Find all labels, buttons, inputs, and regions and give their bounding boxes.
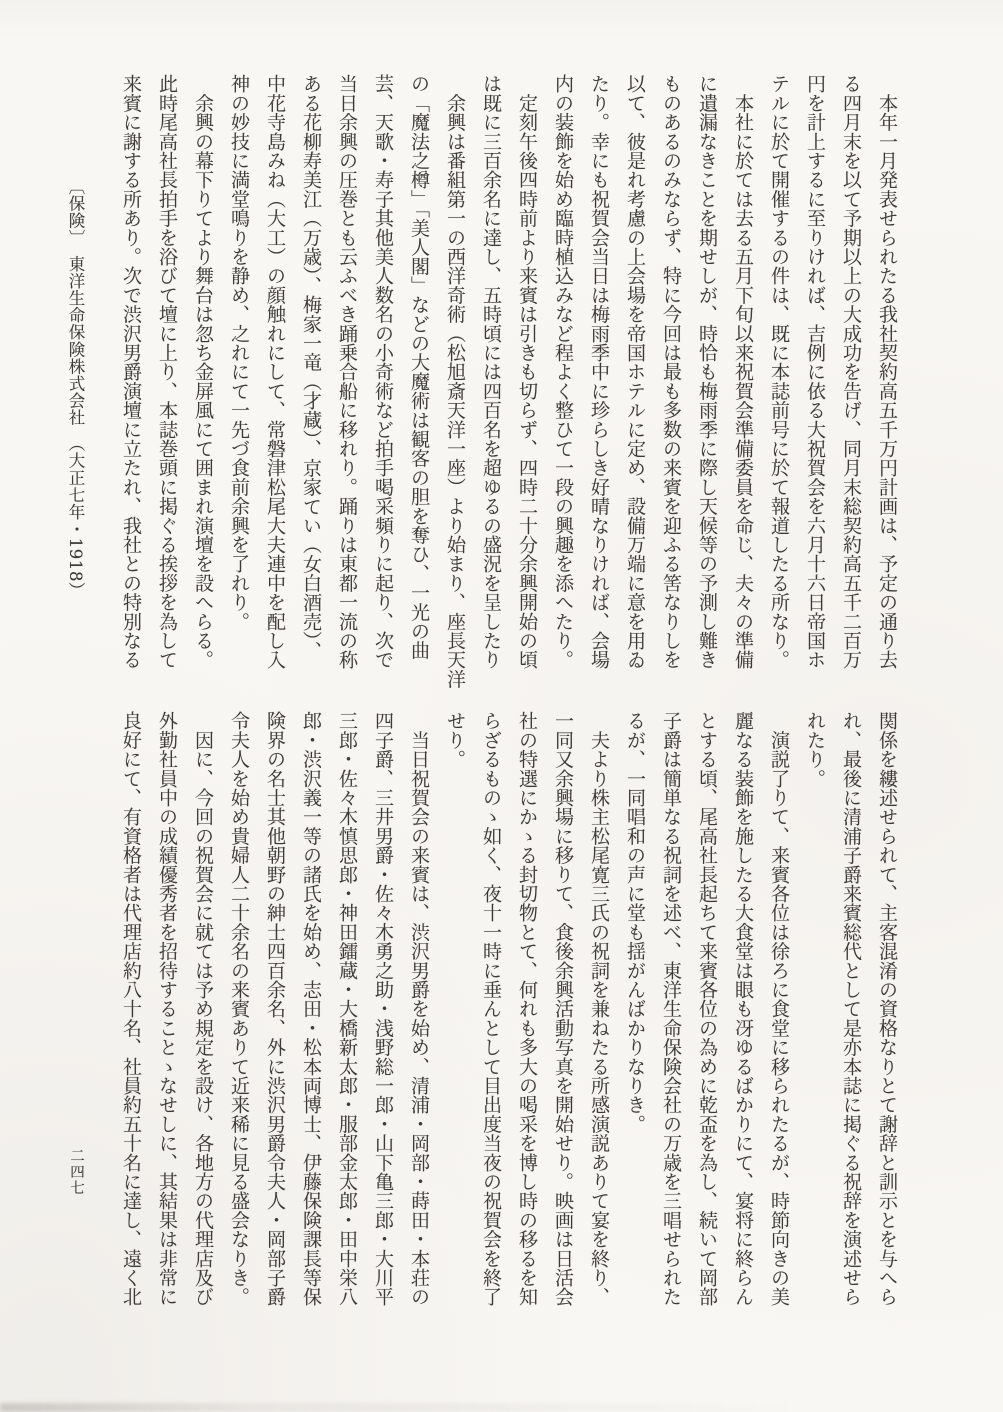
text-column: 三郎・佐々木慎思郎・神田鐳蔵・大橋新太郎・服部金太郎・田中栄八 (329, 711, 365, 1313)
text-column: 険界の名士其他朝野の紳士四百余名、外に渋沢男爵令夫人・岡部子爵 (257, 711, 293, 1313)
text-column: 外勤社員中の成績優秀者を招待することゝなせしに、其結果は非常に (149, 711, 185, 1313)
text-column: 四子爵、三井男爵・佐々木勇之助・浅野総一郎・山下亀三郎・大川平 (365, 711, 401, 1313)
text-column: 此時尾高社長拍手を浴びて壇に上り、本誌巻頭に掲ぐる挨拶を為して (149, 74, 185, 676)
text-column: 一同又余興場に移りて、食後余興活動写真を開始せり。映画は日活会 (545, 711, 581, 1313)
text-column: 社の特選にかゝる封切物とて、何れも多大の喝采を博し時の移るを知 (509, 711, 545, 1313)
text-column: 演説了りて、来賓各位は徐ろに食堂に移られたるが、時節向きの美 (761, 711, 797, 1313)
text-column: 定刻午後四時前より来賓は引きも切らず、四時二十分余興開始の頃 (509, 74, 545, 676)
text-column: 本年一月発表せられたる我社契約高五千万円計画は、予定の通り去 (869, 74, 905, 676)
text-column: 来賓に謝する所あり。次で渋沢男爵演壇に立たれ、我社との特別なる (113, 74, 149, 676)
text-column: の「魔法之樽」「美人閣」などの大魔術は観客の胆を奪ひ、一光の曲 (401, 74, 437, 676)
text-column: 因に、今回の祝賀会に就ては予め規定を設け、各地方の代理店及び (185, 711, 221, 1313)
text-column: ものあるのみならず、特に今回は最も多数の来賓を迎ふる筈なりしを (653, 74, 689, 676)
text-column: 令夫人を始め貴婦人二十余名の来賓ありて近来稀に見る盛会なりき。 (221, 711, 257, 1313)
text-column: とする頃、尾高社長起ちて来賓各位の為めに乾盃を為し、続いて岡部 (689, 711, 725, 1313)
text-column: 関係を縷述せられて、主客混淆の資格なりとて謝辞と訓示とを与へら (869, 711, 905, 1313)
text-column: 当日祝賀会の来賓は、渋沢男爵を始め、清浦・岡部・蒔田・本荘の (401, 711, 437, 1313)
text-column: 内の装飾を始め臨時植込みなど程よく整ひて一段の興趣を添へたり。 (545, 74, 581, 676)
text-column: 本社に於ては去る五月下旬以来祝賀会準備委員を命じ、夫々の準備 (725, 74, 761, 676)
text-column: れたり。 (797, 711, 833, 1313)
text-column: 円を計上するに至りければ、吉例に依る大祝賀会を六月十六日帝国ホ (797, 74, 833, 676)
article-block-bottom: 関係を縷述せられて、主客混淆の資格なりとて謝辞と訓示とを与へられ、最後に清浦子爵… (113, 711, 905, 1313)
scanned-document-page: 本年一月発表せられたる我社契約高五千万円計画は、予定の通り去る四月末を以て予期以… (0, 0, 1003, 1412)
text-column: 神の妙技に満堂鳴りを静め、之れにて一先づ食前余興を了れり。 (221, 74, 257, 676)
text-column: ある花柳寿美江（万歳）、梅家一竜（才蔵）、京家てい（女白酒売）、 (293, 74, 329, 676)
text-column: 良好にて、有資格者は代理店約八十名、社員約五十名に達し、遠く北 (113, 711, 149, 1313)
scan-edge-shadow (0, 1403, 1003, 1412)
text-column: テルに於て開催するの件は、既に本誌前号に於て報道したる所なり。 (761, 74, 797, 676)
text-column: たり。幸にも祝賀会当日は梅雨季中に珍らしき好晴なりければ、会場 (581, 74, 617, 676)
text-column: れ、最後に清浦子爵来賓総代として是亦本誌に掲ぐる祝辞を演述せら (833, 711, 869, 1313)
text-column: らざるものゝ如く、夜十一時に垂んとして目出度当夜の祝賀会を終了 (473, 711, 509, 1313)
page-number: 二四七 (61, 1148, 91, 1196)
article-block-top: 本年一月発表せられたる我社契約高五千万円計画は、予定の通り去る四月末を以て予期以… (113, 74, 905, 676)
text-column: 夫より株主松尾寛三氏の祝詞を兼ねたる所感演説ありて宴を終り、 (581, 711, 617, 1313)
text-column: るが、一同唱和の声に堂も揺がんばかりなりき。 (617, 711, 653, 1313)
text-column: 芸、天歌・寿子其他美人数名の小奇術など拍手喝采頻りに起り、次で (365, 74, 401, 676)
text-column: 郎・渋沢義一等の諸氏を始め、志田・松本両博士、伊藤保険課長等保 (293, 711, 329, 1313)
text-column: 当日余興の圧巻とも云ふべき踊乗合船に移れり。踊りは東都一流の称 (329, 74, 365, 676)
text-column: 余興の幕下りてより舞台は忽ち金屏風にて囲まれ演壇を設へらる。 (185, 74, 221, 676)
text-column: 麗なる装飾を施したる大食堂は眼も冴ゆるばかりにて、宴将に終らん (725, 711, 761, 1313)
text-column: る四月末を以て予期以上の大成功を告げ、同月末総契約高五千二百万 (833, 74, 869, 676)
text-column: 子爵は簡単なる祝詞を述べ、東洋生命保険会社の万歳を三唱せられた (653, 711, 689, 1313)
text-column: 以て、彼是れ考慮の上会場を帝国ホテルに定め、設備万端に意を用ゐ (617, 74, 653, 676)
text-column: は既に三百余名に達し、五時頃には四百名を超ゆるの盛況を呈したり (473, 74, 509, 676)
text-column: 余興は番組第一の西洋奇術（松旭斎天洋一座）より始まり、座長天洋 (437, 74, 473, 676)
source-citation: 〔保険〕 東洋生命保険株式会社 （大正七年・1918） (58, 178, 92, 599)
text-column: 中花寺島みね（大工）の顔触れにして、常磐津松尾大夫連中を配し入 (257, 74, 293, 676)
text-column: に遺漏なきことを期せしが、時恰も梅雨季に際し天候等の予測し難き (689, 74, 725, 676)
text-column: せり。 (437, 711, 473, 1313)
